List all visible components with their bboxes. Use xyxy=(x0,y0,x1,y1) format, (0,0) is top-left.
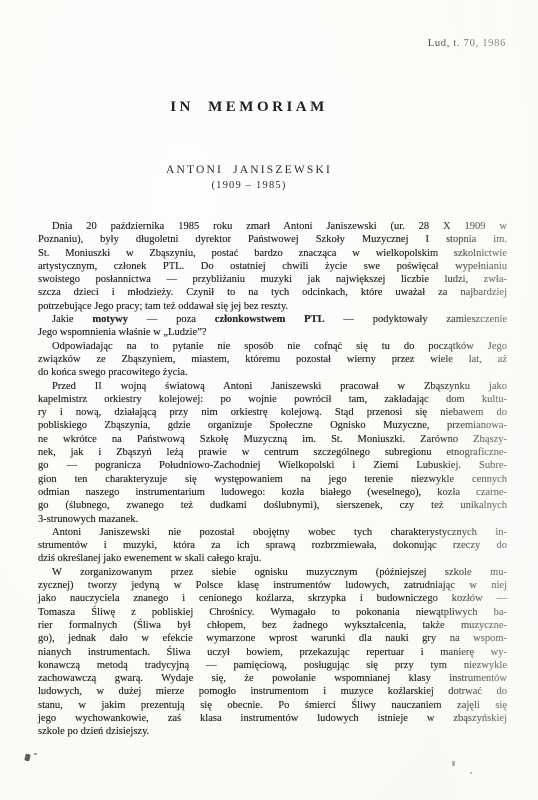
journal-volume-header: Lud, t. 70, 1986 xyxy=(428,38,506,49)
section-title: IN MEMORIAM xyxy=(0,99,498,116)
ink-speck xyxy=(452,761,455,766)
person-name: ANTONI JANISZEWSKI xyxy=(0,164,498,176)
ink-speck xyxy=(24,753,31,761)
text-line: nianych instrumentach. Śliwa uczył bowie… xyxy=(38,646,507,659)
text-line: ne wkrótce na Państwową Szkołę Muzyczną … xyxy=(38,433,507,446)
text-line: Dnia 20 października 1985 roku zmarł Ant… xyxy=(38,220,507,233)
ink-speck xyxy=(34,753,37,755)
text-line: artystycznym, członek PTL. Do ostatniej … xyxy=(38,260,507,273)
ink-speck xyxy=(470,772,472,774)
paragraph: Dnia 20 października 1985 roku zmarł Ant… xyxy=(38,220,507,313)
paragraph: Antoni Janiszewski nie pozostał obojętny… xyxy=(38,526,507,566)
text-line: Poznaniu), były długoletni dyrektor Pańs… xyxy=(38,233,507,246)
text-line: dziś określanej jako ewenement w skali c… xyxy=(38,552,507,565)
text-line: go (ślubnego, zwanego też dudkami doślub… xyxy=(38,499,507,512)
text-line: zachowawczą gwarą. Wydaje się, że powoła… xyxy=(38,672,507,685)
text-line: nek, jak i Zbąszyń leżą prawie w centrum… xyxy=(38,446,507,459)
paragraph: Jakie motywy — poza członkowstwem PTL — … xyxy=(38,313,507,340)
paragraph: Odpowiadając na to pytanie nie sposób ni… xyxy=(38,340,507,380)
text-line: Jego wspomnienia właśnie w „Ludzie”? xyxy=(38,326,507,339)
text-line: szkole po dzień dzisiejszy. xyxy=(38,725,507,738)
paragraph: Przed II wojną światową Antoni Janiszews… xyxy=(38,380,507,526)
text-line: Odpowiadając na to pytanie nie sposób ni… xyxy=(38,340,507,353)
text-line: jego wychowankowie, zaś klasa instrument… xyxy=(38,712,507,725)
text-line: odmian naszego instrumentarium ludowego:… xyxy=(38,486,507,499)
text-line: W zorganizowanym przez siebie ognisku mu… xyxy=(38,566,507,579)
text-line: Jakie motywy — poza członkowstwem PTL — … xyxy=(38,313,507,326)
text-line: gion ten charakteryzuje się występowanie… xyxy=(38,473,507,486)
text-line: go), jednak dało w efekcie wymarzone wpr… xyxy=(38,632,507,645)
text-line: jako nauczyciela znanego i cenionego koź… xyxy=(38,592,507,605)
text-line: do końca swego pracowitego życia. xyxy=(38,366,507,379)
text-line: zycznej) tworzy jedyną w Polsce klasę in… xyxy=(38,579,507,592)
text-line: strumentów i muzyki, która za ich sprawą… xyxy=(38,539,507,552)
text-line: go — pogranicza Południowo-Zachodniej Wi… xyxy=(38,459,507,472)
text-line: Przed II wojną światową Antoni Janiszews… xyxy=(38,380,507,393)
scanned-page: Lud, t. 70, 1986 IN MEMORIAM ANTONI JANI… xyxy=(0,0,538,800)
text-line: St. Moniuszki w Zbąszyniu, postać bardzo… xyxy=(38,247,507,260)
text-line: pobliskiego Zbąszynia, gdzie organizuje … xyxy=(38,419,507,432)
text-line: konawczą metodą tradycyjną — pamięciową,… xyxy=(38,659,507,672)
text-line: ludowych, w dużej mierze pomogło instrum… xyxy=(38,685,507,698)
text-line: kapelmistrz orkiestry kolejowej: po wojn… xyxy=(38,393,507,406)
article-body: Dnia 20 października 1985 roku zmarł Ant… xyxy=(38,220,507,739)
paragraph: W zorganizowanym przez siebie ognisku mu… xyxy=(38,566,507,739)
text-line: ry i nową, działającą przy nim orkiestrę… xyxy=(38,406,507,419)
text-line: Antoni Janiszewski nie pozostał obojętny… xyxy=(38,526,507,539)
text-line: 3-strunowych mazanek. xyxy=(38,513,507,526)
text-line: Tomasza Śliwę z pobliskiej Chrośnicy. Wy… xyxy=(38,606,507,619)
life-dates: (1909 – 1985) xyxy=(0,180,498,191)
text-line: związków ze Zbąszyniem, miastem, któremu… xyxy=(38,353,507,366)
text-line: stanu, w jakim prezentują się obecnie. P… xyxy=(38,699,507,712)
text-line: potrzebujące Jego pracy; tam też oddawał… xyxy=(38,300,507,313)
text-line: rier formalnych (Śliwa był chłopem, bez … xyxy=(38,619,507,632)
text-line: swoistego posłannictwa — przybliżaniu mu… xyxy=(38,273,507,286)
text-line: szcza dzieci i młodzieży. Czynił to na t… xyxy=(38,286,507,299)
